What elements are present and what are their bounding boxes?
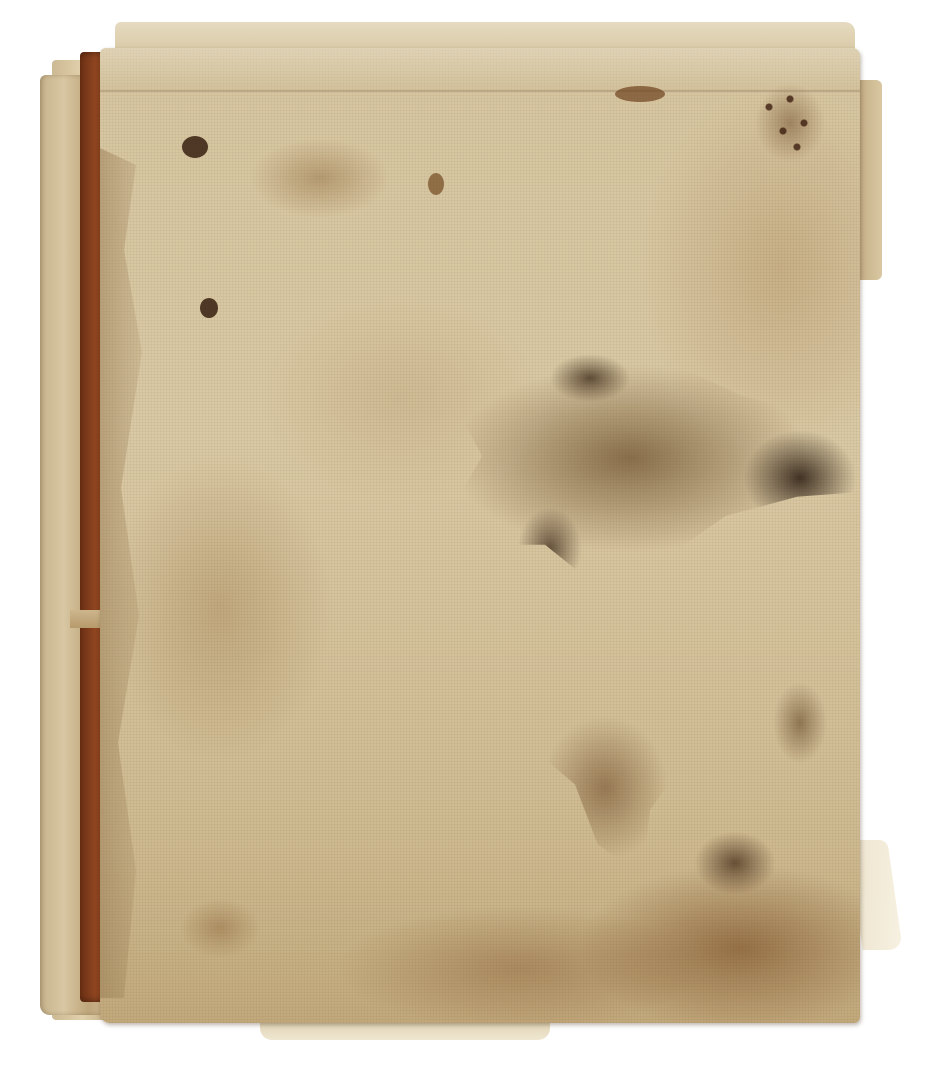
lower-right-stain xyxy=(690,828,780,898)
water-stain xyxy=(180,898,260,958)
water-stain xyxy=(250,138,390,218)
cloth-cover xyxy=(100,48,860,1023)
ink-spot xyxy=(428,173,444,195)
right-stain xyxy=(770,678,830,768)
top-fold xyxy=(100,48,860,92)
ink-spot xyxy=(182,136,208,158)
ink-spot xyxy=(200,298,218,318)
book-photograph xyxy=(0,0,931,1080)
ink-spot xyxy=(615,86,665,102)
foxing-cluster xyxy=(755,83,825,163)
